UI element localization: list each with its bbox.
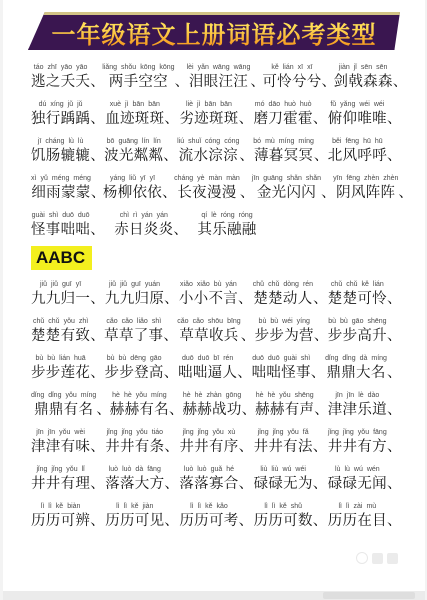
hanzi: 咄咄逼人 [178,363,237,383]
comma: 、 [173,220,185,240]
pinyin: bōguānglínlín [107,137,161,146]
comma: 、 [239,437,251,457]
comma: 、 [175,72,187,92]
pinyin: jīchánglùlù [38,137,83,146]
pinyin: duōduōbīrén [182,354,233,363]
comma: 、 [313,289,325,309]
hanzi: 磨刀霍霍 [254,109,313,129]
word-item: běifēnghūhū北风呼呼、 [328,137,399,166]
pinyin: jǐngjǐngyǒufǎ [258,428,309,437]
word-item: chìrìyányán赤日炎炎、 [114,211,185,240]
word-row: táozhīyāoyāo逃之夭夭、liǎngshǒukōngkōng两手空空、l… [31,63,399,92]
word-item: fǔyǎngwéiwéi俯仰唯唯、 [328,100,399,129]
hanzi: 其乐融融 [197,220,256,240]
hanzi: 阴风阵阵 [336,183,395,203]
comma: 、 [169,400,181,420]
watermark-glyph-icon [372,553,383,564]
word-item: lìlìzàimù历历在目、 [328,502,399,531]
pinyin: liǎngshǒukōngkōng [102,63,174,72]
watermark [356,552,398,564]
comma: 、 [90,72,102,92]
word-row: xìyǔméngméng细雨蒙蒙、yángliǔyīyī杨柳依依、chángyè… [31,174,399,203]
comma: 、 [387,511,399,531]
word-item: jǐngjǐngyǒulǐ井井有理、 [31,465,102,494]
hanzi: 咄咄怪事 [252,363,311,383]
comma: 、 [164,363,176,383]
pinyin: jǐngjǐngyǒuxù [183,428,236,437]
word-item: lìlìkějiàn历历可见、 [105,502,176,531]
word-item: duōduōguàishì咄咄怪事、 [252,354,323,383]
pinyin: chǔchǔkělián [331,280,384,289]
hanzi: 血迹斑斑 [105,109,164,129]
title-banner: 一年级语文上册词语必考类型 [28,12,400,50]
comma: 、 [162,183,174,203]
hanzi: 井井有条 [105,437,164,457]
pinyin: lìlìkěshǔ [264,502,302,511]
hanzi: 楚楚有致 [31,326,90,346]
word-item: duōduōbīrén咄咄逼人、 [178,354,249,383]
comma: 、 [90,289,102,309]
hanzi: 泪眼汪汪 [189,72,248,92]
word-item: bùbùdēnggāo步步登高、 [105,354,176,383]
word-item: jǐngjǐngyǒutiáo井井有条、 [105,428,176,457]
hanzi: 金光闪闪 [257,183,316,203]
hanzi: 薄暮冥冥 [254,146,313,166]
hanzi: 饥肠辘辘 [31,146,90,166]
comma: 、 [387,146,399,166]
word-list: táozhīyāoyāo逃之夭夭、liǎngshǒukōngkōng两手空空、l… [3,50,425,531]
pinyin: yángliǔyīyī [110,174,155,183]
pinyin: jiànjǐsēnsēn [339,63,388,72]
word-item: xiǎoxiǎobùyán小小不言、 [179,280,250,309]
word-item: módāohuòhuò磨刀霍霍、 [254,100,325,129]
word-item: jīnjīnyǒuwèi津津有味、 [31,428,102,457]
comma: 、 [313,437,325,457]
comma: 、 [237,363,249,383]
comma: 、 [90,109,102,129]
comma: 、 [311,363,323,383]
comma: 、 [313,109,325,129]
comma: 、 [313,474,325,494]
comma: 、 [314,326,326,346]
hanzi: 步步为营 [255,326,314,346]
word-item: dǐngdǐngdàmíng鼎鼎大名、 [325,354,399,383]
comma: 、 [164,437,176,457]
section-label: AABC [31,248,399,270]
comma: 、 [91,183,103,203]
word-item: lèiyǎnwāngwāng泪眼汪汪、 [187,63,263,92]
pinyin: lìlìkěbiàn [41,502,81,511]
comma: 、 [321,183,333,203]
pinyin: hèhèzhàngōng [183,391,241,400]
comma: 、 [387,437,399,457]
word-item: chǔchǔdòngrén楚楚动人、 [253,280,325,309]
comma: 、 [250,72,262,92]
word-item: yīnfēngzhènzhèn阴风阵阵、 [333,174,410,203]
comma: 、 [90,326,102,346]
comma: 、 [96,400,108,420]
pinyin: bùbùliánhuā [36,354,86,363]
hanzi: 鼎鼎有名 [34,400,93,420]
pinyin: módāohuòhuò [255,100,312,109]
word-row: lìlìkěbiàn历历可辨、lìlìkějiàn历历可见、lìlìkěkǎo历… [31,502,399,531]
hanzi: 赫赫有声 [255,400,314,420]
word-item: dúxíngjǔjǔ独行踽踽、 [31,100,102,129]
pinyin: duōduōguàishì [252,354,310,363]
pinyin: lìlìkěkǎo [190,502,228,511]
word-item: táozhīyāoyāo逃之夭夭、 [31,63,102,92]
comma: 、 [387,400,399,420]
word-item: bōguānglínlín波光粼粼、 [104,137,175,166]
word-item: jīnguāngshǎnshǎn金光闪闪、 [252,174,333,203]
pinyin: lièjìbānbān [186,100,232,109]
word-item: lùlùwúwén碌碌无闻、 [328,465,399,494]
comma: 、 [387,326,399,346]
hanzi: 九九归一 [31,289,90,309]
pinyin: lìlìzàimù [339,502,377,511]
word-item: jiànjǐsēnsēn剑戟森森、 [334,63,405,92]
hanzi: 步步高升 [328,326,387,346]
comma: 、 [241,326,253,346]
pinyin: lèiyǎnwāngwāng [187,63,251,72]
comma: 、 [239,474,251,494]
comma: 、 [393,72,405,92]
comma: 、 [90,220,102,240]
pinyin: hèhèyǒumíng [112,391,166,400]
pinyin: bùbùdēnggāo [107,354,162,363]
word-row: jǐngjǐngyǒulǐ井井有理、luòluòdàfāng落落大方、luòlu… [31,465,399,494]
word-item: kěliánxīxī可怜兮兮、 [262,63,333,92]
pinyin: jīnjīnlèdào [335,391,379,400]
word-item: bùbùwéiyíng步步为营、 [255,317,326,346]
pinyin: jǐngjǐngyǒufāng [328,428,387,437]
hanzi: 赫赫有名 [110,400,169,420]
strip-watermark [323,592,415,599]
pinyin: cǎocǎoshōubīng [177,317,240,326]
comma: 、 [163,326,175,346]
hanzi: 波光粼粼 [104,146,163,166]
pinyin: xiǎoxiǎobùyán [180,280,237,289]
word-row: dúxíngjǔjǔ独行踽踽、xuèjìbānbān血迹斑斑、lièjìbānb… [31,100,399,129]
comma: 、 [239,511,251,531]
pinyin: xìyǔméngméng [31,174,91,183]
pinyin: jiǔjiǔguīyī [40,280,81,289]
hanzi: 楚楚动人 [253,289,312,309]
hanzi: 井井有序 [179,437,238,457]
hanzi: 井井有方 [328,437,387,457]
hanzi: 碌碌无闻 [328,474,387,494]
hanzi: 劣迹斑斑 [179,109,238,129]
pinyin: bómùmíngmíng [253,137,314,146]
comma: 、 [314,400,326,420]
pinyin: jiǔjiǔguīyuán [109,280,160,289]
word-item: lìlìkěbiàn历历可辨、 [31,502,102,531]
hanzi: 步步莲花 [31,363,90,383]
pinyin: chǔchǔdòngrén [253,280,313,289]
word-item: cǎocǎoshōubīng草草收兵、 [177,317,252,346]
comma: 、 [387,109,399,129]
word-item: chǔchǔkělián楚楚可怜、 [328,280,399,309]
worksheet-page: 一年级语文上册词语必考类型 táozhīyāoyāo逃之夭夭、liǎngshǒu… [0,0,427,600]
word-row: guàishìduōduō怪事咄咄、chìrìyányán赤日炎炎、qílèró… [31,211,399,240]
hanzi: 历历在目 [328,511,387,531]
hanzi: 落落大方 [105,474,164,494]
word-row: chǔchǔyǒuzhì楚楚有致、cǎocǎoliǎoshì草草了事、cǎocǎ… [31,317,399,346]
comma: 、 [322,72,334,92]
comma: 、 [387,474,399,494]
comma: 、 [240,183,252,203]
comma: 、 [313,511,325,531]
pinyin: jǐngjǐngyǒutiáo [107,428,163,437]
word-row: jiǔjiǔguīyī九九归一、jiǔjiǔguīyuán九九归原、xiǎoxi… [31,280,399,309]
word-item: xìyǔméngméng细雨蒙蒙、 [31,174,103,203]
hanzi: 落落寡合 [179,474,238,494]
word-item: guàishìduōduō怪事咄咄、 [31,211,102,240]
word-item: bùbùliánhuā步步莲花、 [31,354,102,383]
word-item: bùbùgāoshēng步步高升、 [328,317,399,346]
word-item: cǎocǎoliǎoshì草草了事、 [104,317,175,346]
word-item: liǎngshǒukōngkōng两手空空、 [102,63,186,92]
hanzi: 井井有法 [254,437,313,457]
word-item: bómùmíngmíng薄暮冥冥、 [253,137,326,166]
hanzi: 独行踽踽 [31,109,90,129]
pinyin: bùbùwéiyíng [259,317,310,326]
hanzi: 怪事咄咄 [31,220,90,240]
comma: 、 [398,183,410,203]
section-label-text: AABC [31,246,92,270]
pinyin: luòluòguǎhé [184,465,234,474]
comma: 、 [239,146,251,166]
hanzi: 北风呼呼 [328,146,387,166]
pinyin: hèhèyǒushēng [256,391,314,400]
hanzi: 杨柳依依 [103,183,162,203]
watermark-glyph-icon [387,553,398,564]
hanzi: 步步登高 [105,363,164,383]
comma: 、 [239,109,251,129]
comma: 、 [164,289,176,309]
hanzi: 碌碌无为 [254,474,313,494]
hanzi: 可怜兮兮 [262,72,321,92]
word-item: xuèjìbānbān血迹斑斑、 [105,100,176,129]
word-item: lìlìkěkǎo历历可考、 [179,502,250,531]
comma: 、 [164,109,176,129]
word-item: chǔchǔyǒuzhì楚楚有致、 [31,317,102,346]
word-item: jǐngjǐngyǒufǎ井井有法、 [254,428,325,457]
pinyin: liùliùwúwéi [260,465,306,474]
pinyin: dǐngdǐngdàmíng [325,354,387,363]
hanzi: 逃之夭夭 [31,72,90,92]
comma: 、 [314,146,326,166]
hanzi: 长夜漫漫 [177,183,236,203]
pinyin: qílèróngróng [201,211,252,220]
comma: 、 [387,363,399,383]
hanzi: 九九归原 [105,289,164,309]
pinyin: bùbùgāoshēng [328,317,386,326]
pinyin: xuèjìbānbān [110,100,160,109]
pinyin: chángyèmànmàn [174,174,240,183]
word-item: lìlìkěshǔ历历可数、 [254,502,325,531]
hanzi: 两手空空 [109,72,168,92]
word-item: qílèróngróng其乐融融 [197,211,268,240]
hanzi: 赤日炎炎 [114,220,173,240]
word-row: jīnjīnyǒuwèi津津有味、jǐngjǐngyǒutiáo井井有条、jǐn… [31,428,399,457]
pinyin: luòluòdàfāng [109,465,161,474]
hanzi: 剑戟森森 [334,72,393,92]
hanzi: 历历可见 [105,511,164,531]
hanzi: 鼎鼎大名 [326,363,385,383]
word-item: liùliùwúwéi碌碌无为、 [254,465,325,494]
hanzi: 津津乐道 [328,400,387,420]
hanzi: 赫赫战功 [182,400,241,420]
pinyin: jīnjīnyǒuwèi [36,428,85,437]
hanzi: 俯仰唯唯 [328,109,387,129]
pinyin: chìrìyányán [120,211,168,220]
hanzi: 流水淙淙 [179,146,238,166]
page-title: 一年级语文上册词语必考类型 [52,15,377,50]
watermark-logo-icon [356,552,368,564]
comma: 、 [90,511,102,531]
hanzi: 井井有理 [31,474,90,494]
word-item: hèhèzhàngōng赫赫战功、 [182,391,253,420]
word-item: hèhèyǒumíng赫赫有名、 [110,391,181,420]
word-item: jǐngjǐngyǒuxù井井有序、 [179,428,250,457]
bottom-strip [3,591,425,600]
comma: 、 [164,474,176,494]
word-item: jīnjīnlèdào津津乐道、 [328,391,399,420]
word-item: hèhèyǒushēng赫赫有声、 [255,391,326,420]
pinyin: yīnfēngzhènzhèn [333,174,398,183]
word-item: luòluòdàfāng落落大方、 [105,465,176,494]
word-item: dǐngdǐngyǒumíng鼎鼎有名、 [31,391,108,420]
word-item: chángyèmànmàn长夜漫漫、 [174,174,252,203]
hanzi: 历历可数 [254,511,313,531]
comma: 、 [90,363,102,383]
hanzi: 楚楚可怜 [328,289,387,309]
pinyin: kěliánxīxī [271,63,312,72]
hanzi: 细雨蒙蒙 [31,183,90,203]
pinyin: guàishìduōduō [32,211,90,220]
word-item: luòluòguǎhé落落寡合、 [179,465,250,494]
hanzi: 历历可考 [179,511,238,531]
hanzi: 草草了事 [104,326,163,346]
comma: 、 [238,289,250,309]
hanzi: 草草收兵 [179,326,238,346]
comma: 、 [90,474,102,494]
word-item: lièjìbānbān劣迹斑斑、 [179,100,250,129]
pinyin: dǐngdǐngyǒumíng [31,391,96,400]
pinyin: chǔchǔyǒuzhì [33,317,88,326]
word-item: jiǔjiǔguīyuán九九归原、 [105,280,176,309]
pinyin: běifēnghūhū [332,137,383,146]
hanzi: 津津有味 [31,437,90,457]
hanzi: 小小不言 [179,289,238,309]
pinyin: liúshuǐcóngcóng [177,137,239,146]
comma: 、 [163,146,175,166]
comma: 、 [387,289,399,309]
comma: 、 [164,511,176,531]
word-row: dǐngdǐngyǒumíng鼎鼎有名、hèhèyǒumíng赫赫有名、hèhè… [31,391,399,420]
pinyin: fǔyǎngwéiwéi [330,100,384,109]
pinyin: lìlìkějiàn [116,502,153,511]
word-item: jīchánglùlù饥肠辘辘、 [31,137,102,166]
word-item: liúshuǐcóngcóng流水淙淙、 [177,137,251,166]
word-item: jiǔjiǔguīyī九九归一、 [31,280,102,309]
word-row: jīchánglùlù饥肠辘辘、bōguānglínlín波光粼粼、liúshu… [31,137,399,166]
hanzi: 历历可辨 [31,511,90,531]
pinyin: jǐngjǐngyǒulǐ [36,465,84,474]
word-item: yángliǔyīyī杨柳依依、 [103,174,174,203]
comma: 、 [90,437,102,457]
pinyin: jīnguāngshǎnshǎn [252,174,321,183]
pinyin: cǎocǎoliǎoshì [106,317,161,326]
word-row: bùbùliánhuā步步莲花、bùbùdēnggāo步步登高、duōduōbī… [31,354,399,383]
comma: 、 [90,146,102,166]
comma: 、 [242,400,254,420]
pinyin: dúxíngjǔjǔ [39,100,83,109]
pinyin: lùlùwúwén [335,465,380,474]
pinyin: táozhīyāoyāo [34,63,88,72]
word-item: jǐngjǐngyǒufāng井井有方、 [328,428,399,457]
